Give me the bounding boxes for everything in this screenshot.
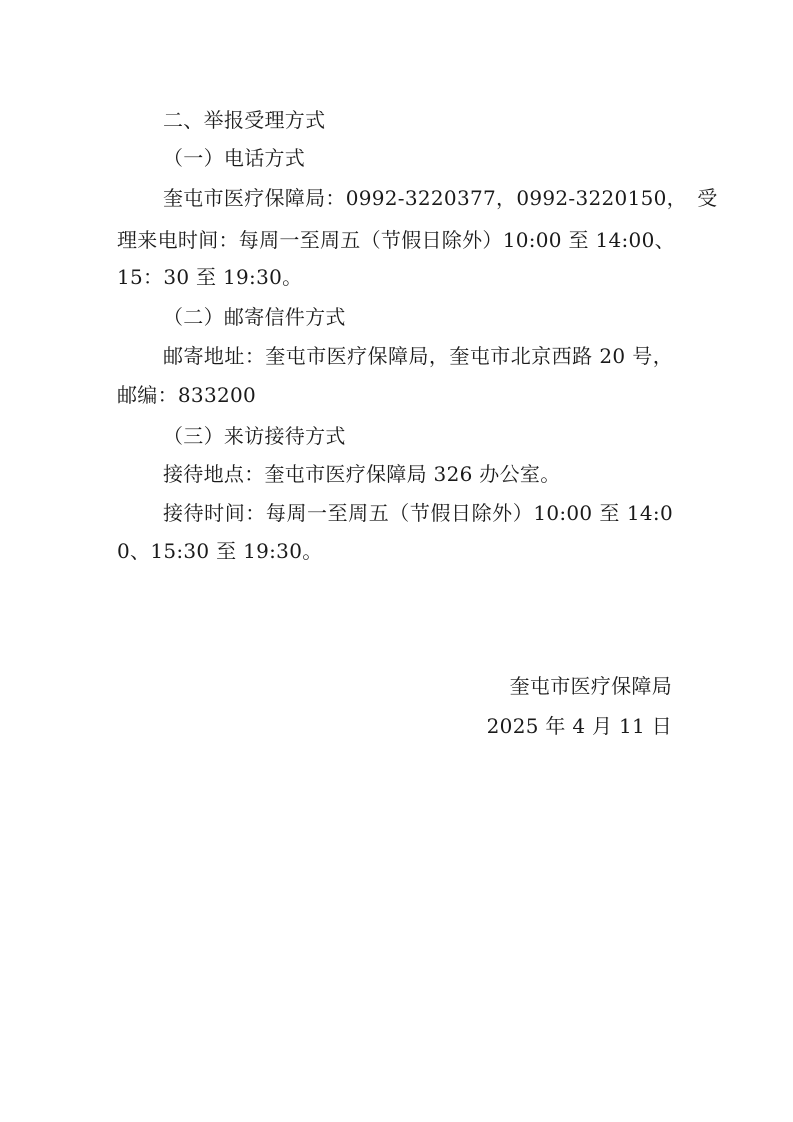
signature-organization: 奎屯市医疗保障局 <box>510 674 672 698</box>
section-heading: 二、举报受理方式 <box>163 108 325 132</box>
subsection-heading-visit: （三）来访接待方式 <box>163 424 346 448</box>
phone-hours-text: 理来电时间：每周一至周五（节假日除外）10:00 至 14:00、 <box>117 228 673 252</box>
visit-hours-text: 接待时间：每周一至周五（节假日除外）10:00 至 14:0 <box>163 501 673 525</box>
postal-code-text: 邮编：833200 <box>117 383 256 407</box>
phone-hours-text-cont: 15：30 至 19:30。 <box>117 265 302 289</box>
visit-location-text: 接待地点：奎屯市医疗保障局 326 办公室。 <box>163 462 561 486</box>
document-page: 二、举报受理方式 （一）电话方式 奎屯市医疗保障局：0992-3220377，0… <box>0 0 793 1122</box>
subsection-heading-phone: （一）电话方式 <box>163 146 305 170</box>
mail-address-text: 邮寄地址：奎屯市医疗保障局，奎屯市北京西路 20 号， <box>163 344 673 368</box>
signature-date: 2025 年 4 月 11 日 <box>487 714 672 738</box>
phone-numbers-text: 奎屯市医疗保障局：0992-3220377，0992-3220150， 受 <box>163 186 673 210</box>
visit-hours-text-cont: 0、15:30 至 19:30。 <box>117 539 323 563</box>
subsection-heading-mail: （二）邮寄信件方式 <box>163 305 346 329</box>
